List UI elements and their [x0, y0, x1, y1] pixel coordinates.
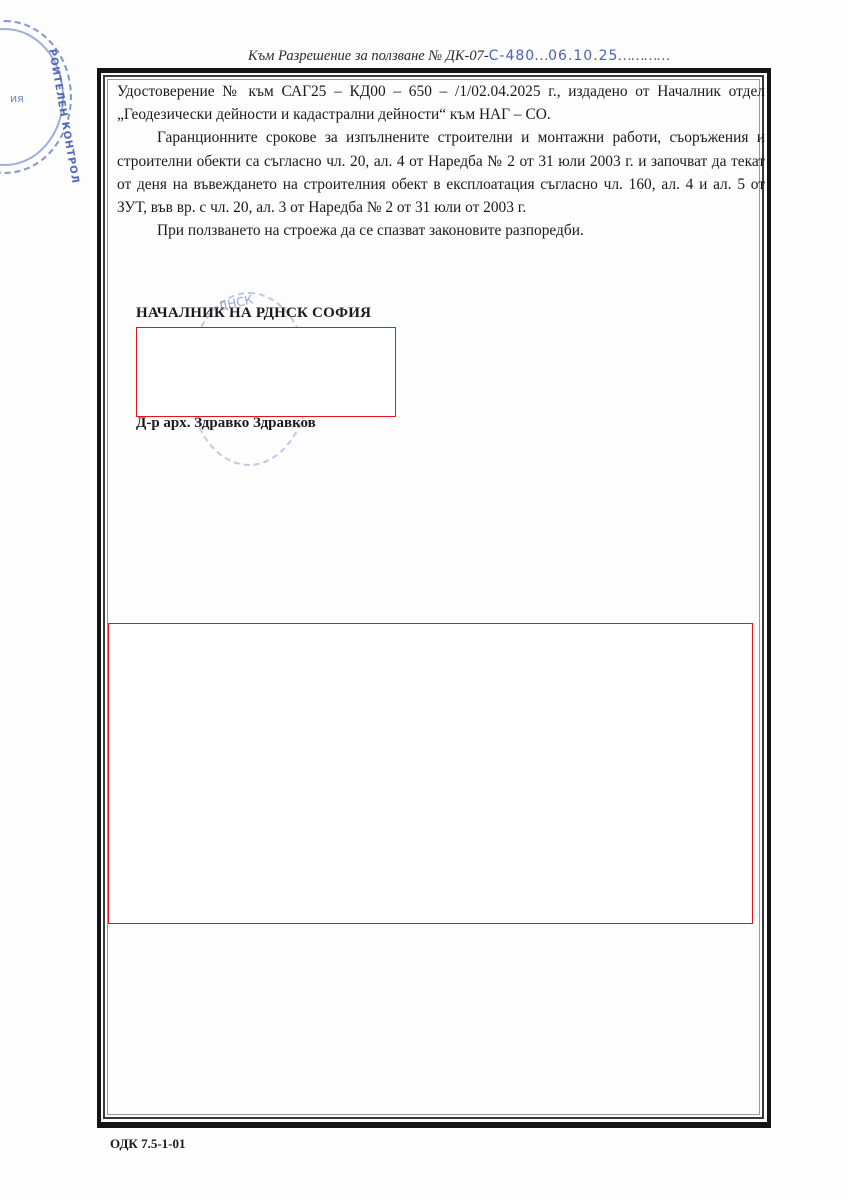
form-code: ОДК 7.5-1-01: [110, 1136, 186, 1152]
signatory-name: Д-р арх. Здравко Здравков: [136, 415, 316, 432]
permit-reference: Към Разрешение за ползване № ДК-07-С-480…: [248, 48, 670, 65]
paragraph-usage: При ползването на строежа да се спазват …: [117, 219, 765, 242]
paragraph-certificate: Удостоверение № към САГ25 – КД00 – 650 –…: [117, 80, 765, 126]
document-body: Удостоверение № към САГ25 – КД00 – 650 –…: [117, 80, 765, 242]
stamp-left-inner-text: ия: [10, 92, 24, 105]
redacted-signature-box: [136, 327, 396, 417]
handwritten-permit-number: С-480: [489, 48, 536, 64]
signature-block: НАЧАЛНИК НА РДНСК СОФИЯ Д-р арх. Здравко…: [136, 305, 456, 322]
dotted-fill: …………: [618, 48, 670, 64]
handwritten-permit-date: 06.10.25: [548, 48, 618, 64]
redacted-content-box: [108, 623, 753, 924]
permit-reference-label: Към Разрешение за ползване № ДК-07-: [248, 48, 489, 64]
paragraph-warranty: Гаранционните срокове за изпълнените стр…: [117, 126, 765, 219]
signatory-title: НАЧАЛНИК НА РДНСК СОФИЯ: [136, 305, 456, 322]
